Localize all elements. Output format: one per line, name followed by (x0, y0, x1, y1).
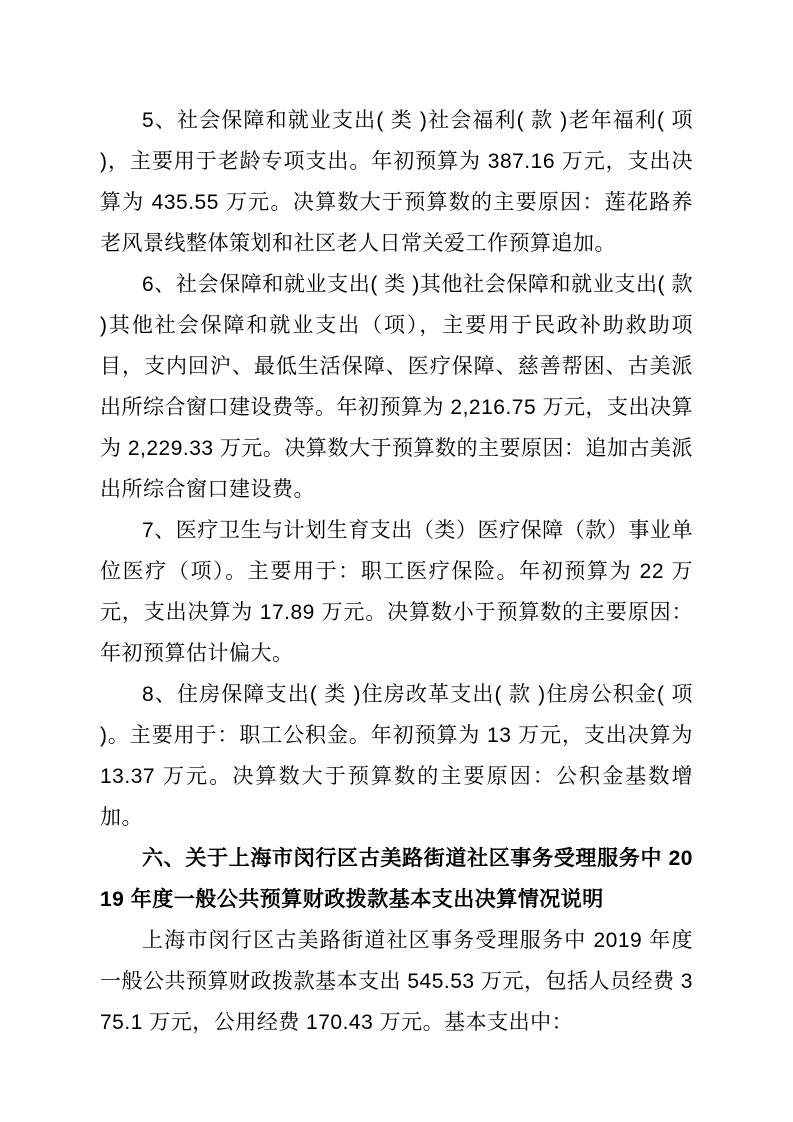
paragraph-item-7-medical-health: 7、医疗卫生与计划生育支出（类）医疗保障（款）事业单位医疗（项）。主要用于：职工… (100, 510, 693, 674)
document-page: 5、社会保障和就业支出( 类 )社会福利( 款 )老年福利( 项 )，主要用于老… (0, 0, 793, 1122)
paragraph-item-8-housing-security: 8、住房保障支出( 类 )住房改革支出( 款 )住房公积金( 项 )。主要用于：… (100, 674, 693, 838)
paragraph-item-5-social-security-elderly-welfare: 5、社会保障和就业支出( 类 )社会福利( 款 )老年福利( 项 )，主要用于老… (100, 100, 693, 264)
paragraph-basic-expenditure-summary: 上海市闵行区古美路街道社区事务受理服务中 2019 年度一般公共预算财政拨款基本… (100, 920, 693, 1043)
section-heading-6-basic-expenditure-explanation: 六、关于上海市闵行区古美路街道社区事务受理服务中 2019 年度一般公共预算财政… (100, 838, 693, 920)
paragraph-item-6-other-social-security: 6、社会保障和就业支出( 类 )其他社会保障和就业支出( 款 )其他社会保障和就… (100, 264, 693, 510)
